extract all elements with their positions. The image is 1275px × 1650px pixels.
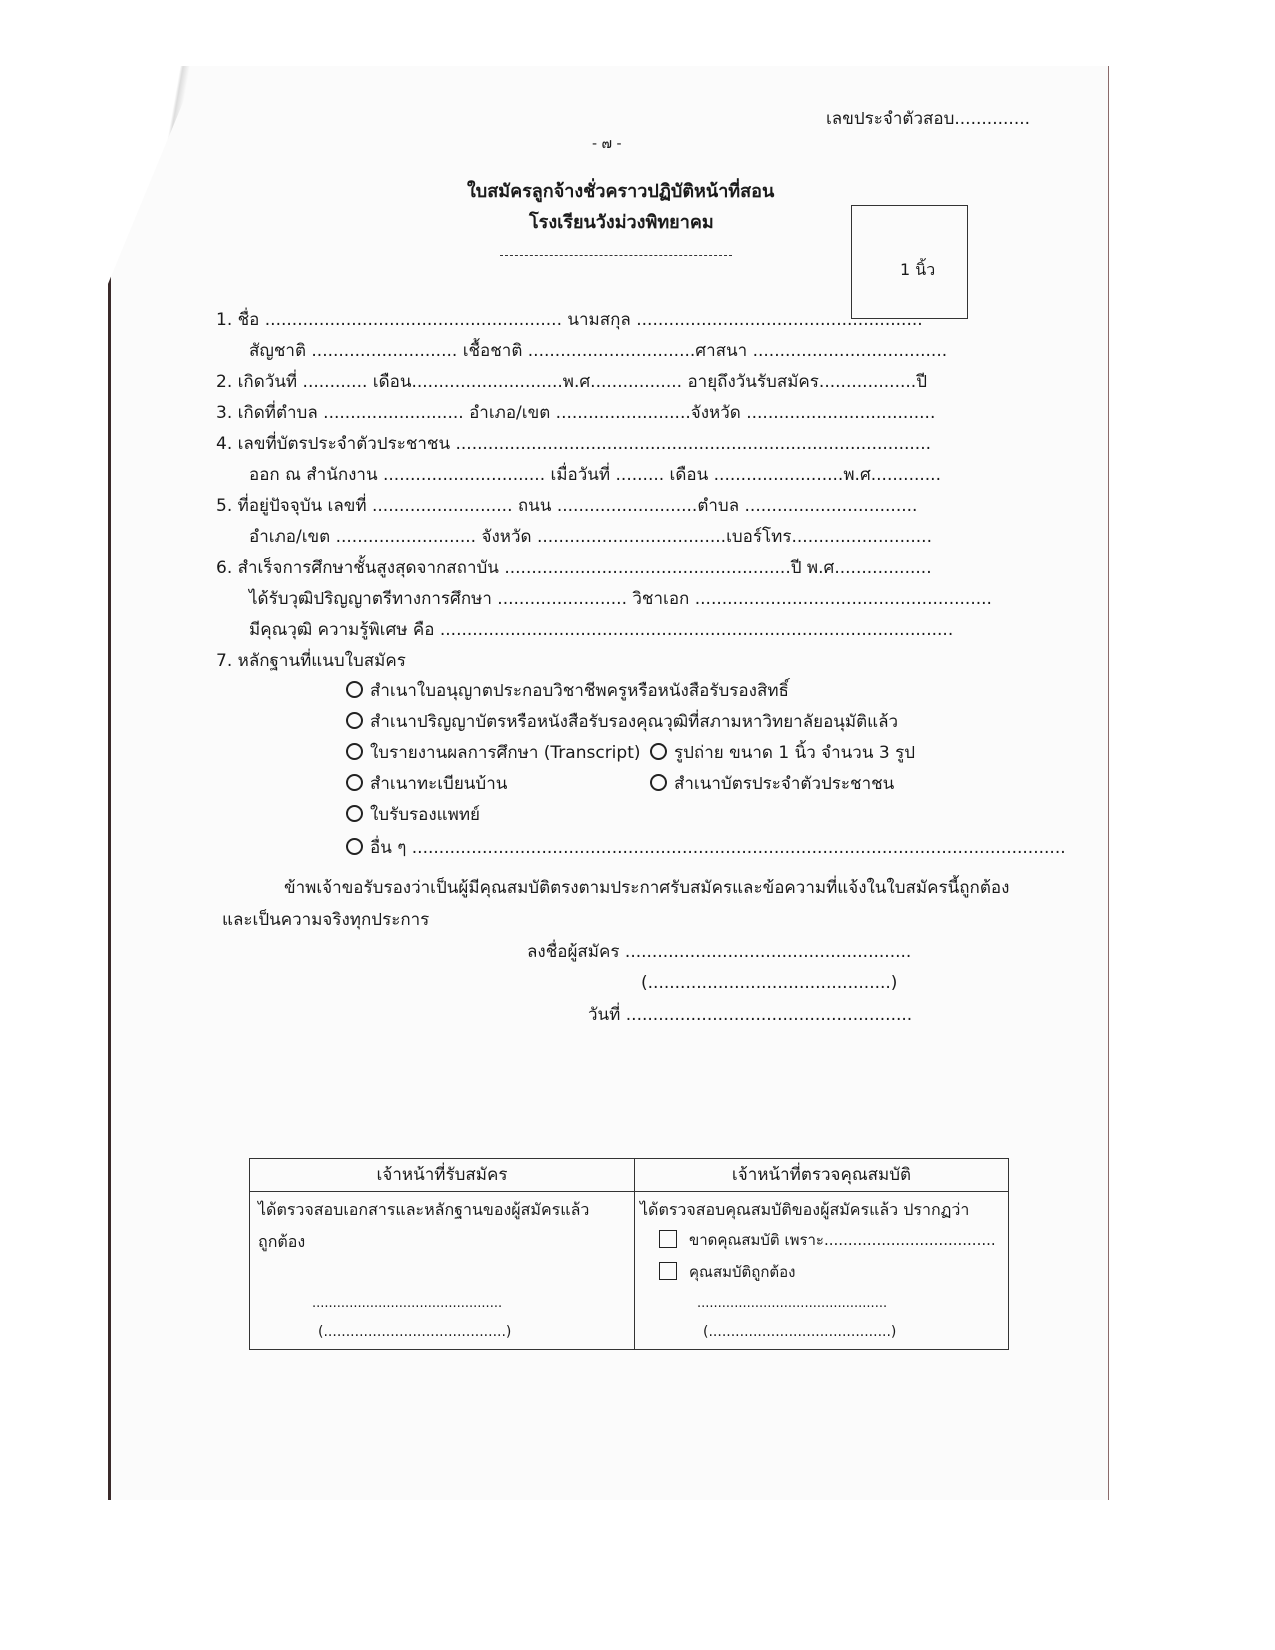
field-degree-major[interactable]: ได้รับวุฒิปริญญาตรีทางการศึกษา .........… (249, 588, 992, 610)
radio-circle-icon[interactable] (650, 774, 667, 791)
attachment-degree-certificate[interactable]: สำเนาปริญญาบัตรหรือหนังสือรับรองคุณวุฒิท… (346, 711, 898, 733)
form-title: ใบสมัครลูกจ้างชั่วคราวปฏิบัติหน้าที่สอน (467, 181, 774, 203)
attachment-photos[interactable]: รูปถ่าย ขนาด 1 นิ้ว จำนวน 3 รูป (650, 742, 915, 764)
field-nationality-race-religion[interactable]: สัญชาติ ........................... เชื้… (249, 340, 947, 362)
checkbox-icon[interactable] (659, 1262, 677, 1280)
date-field[interactable]: วันที่ .................................… (588, 1004, 912, 1026)
attachment-id-card-copy[interactable]: สำเนาบัตรประจำตัวประชาชน (650, 773, 894, 795)
qualification-officer-header: เจ้าหน้าที่ตรวจคุณสมบัติ (635, 1159, 1008, 1192)
radio-circle-icon[interactable] (346, 712, 363, 729)
checkbox-icon[interactable] (659, 1230, 677, 1248)
attachment-transcript[interactable]: ใบรายงานผลการศึกษา (Transcript) (346, 742, 641, 764)
attachment-medical-certificate[interactable]: ใบรับรองแพทย์ (346, 804, 480, 826)
applicant-signature-field[interactable]: ลงชื่อผู้สมัคร .........................… (527, 941, 911, 963)
option-qualified[interactable]: คุณสมบัติถูกต้อง (659, 1261, 796, 1283)
qualification-officer-name[interactable]: (.......................................… (703, 1321, 896, 1343)
qualification-officer-signature[interactable]: ........................................… (697, 1293, 887, 1315)
field-id-card-number[interactable]: 4. เลขที่บัตรประจำตัวประชาชน ...........… (216, 433, 931, 455)
receiving-officer-name[interactable]: (.......................................… (318, 1321, 511, 1343)
radio-circle-icon[interactable] (346, 681, 363, 698)
field-address-district-phone[interactable]: อำเภอ/เขต .......................... จัง… (249, 526, 932, 548)
receiving-officer-text: ได้ตรวจสอบเอกสารและหลักฐานของผู้สมัครแล้… (258, 1199, 589, 1221)
receiving-officer-header: เจ้าหน้าที่รับสมัคร (250, 1159, 634, 1192)
field-birthdate-age[interactable]: 2. เกิดวันที่ ............ เดือน........… (216, 371, 927, 393)
radio-circle-icon[interactable] (650, 743, 667, 760)
receiving-officer-column: เจ้าหน้าที่รับสมัคร ได้ตรวจสอบเอกสารและห… (250, 1159, 635, 1349)
radio-circle-icon[interactable] (346, 774, 363, 791)
attachments-heading: 7. หลักฐานที่แนบใบสมัคร (216, 650, 406, 672)
field-id-card-issue[interactable]: ออก ณ สำนักงาน .........................… (249, 464, 941, 486)
radio-circle-icon[interactable] (346, 805, 363, 822)
option-unqualified[interactable]: ขาดคุณสมบัติ เพราะ......................… (659, 1229, 996, 1251)
radio-circle-icon[interactable] (346, 838, 363, 855)
receiving-officer-signature[interactable]: ........................................… (312, 1293, 502, 1315)
photo-box[interactable]: 1 นิ้ว (851, 205, 968, 319)
declaration-line-2: และเป็นความจริงทุกประการ (222, 909, 429, 931)
field-address[interactable]: 5. ที่อยู่ปัจจุบัน เลขที่ ..............… (216, 495, 917, 517)
officer-table: เจ้าหน้าที่รับสมัคร ได้ตรวจสอบเอกสารและห… (249, 1158, 1009, 1350)
field-education-institution[interactable]: 6. สำเร็จการศึกษาชั้นสูงสุดจากสถาบัน ...… (216, 557, 932, 579)
radio-circle-icon[interactable] (346, 743, 363, 760)
photo-box-label: 1 นิ้ว (900, 258, 935, 283)
attachment-house-registration[interactable]: สำเนาทะเบียนบ้าน (346, 773, 507, 795)
receiving-officer-text-2: ถูกต้อง (258, 1231, 305, 1253)
applicant-name-field[interactable]: (.......................................… (641, 972, 897, 994)
title-divider (500, 255, 732, 256)
qualification-officer-text: ได้ตรวจสอบคุณสมบัติของผู้สมัครแล้ว ปรากฏ… (640, 1199, 969, 1221)
exam-id-field[interactable]: เลขประจำตัวสอบ.............. (826, 108, 1030, 130)
field-birthplace[interactable]: 3. เกิดที่ตำบล .........................… (216, 402, 935, 424)
attachment-other[interactable]: อื่น ๆ .................................… (346, 837, 1066, 859)
field-special-qualification[interactable]: มีคุณวุฒิ ความรู้พิเศษ คือ .............… (249, 619, 953, 641)
school-name: โรงเรียนวังม่วงพิทยาคม (529, 212, 714, 234)
qualification-officer-column: เจ้าหน้าที่ตรวจคุณสมบัติ ได้ตรวจสอบคุณสม… (635, 1159, 1008, 1349)
declaration-line-1: ข้าพเจ้าขอรับรองว่าเป็นผู้มีคุณสมบัติตรง… (284, 877, 1009, 899)
page-number: - ๗ - (592, 133, 622, 155)
attachment-teacher-license[interactable]: สำเนาใบอนุญาตประกอบวิชาชีพครูหรือหนังสือ… (346, 680, 789, 702)
field-name-surname[interactable]: 1. ชื่อ ................................… (216, 309, 923, 331)
